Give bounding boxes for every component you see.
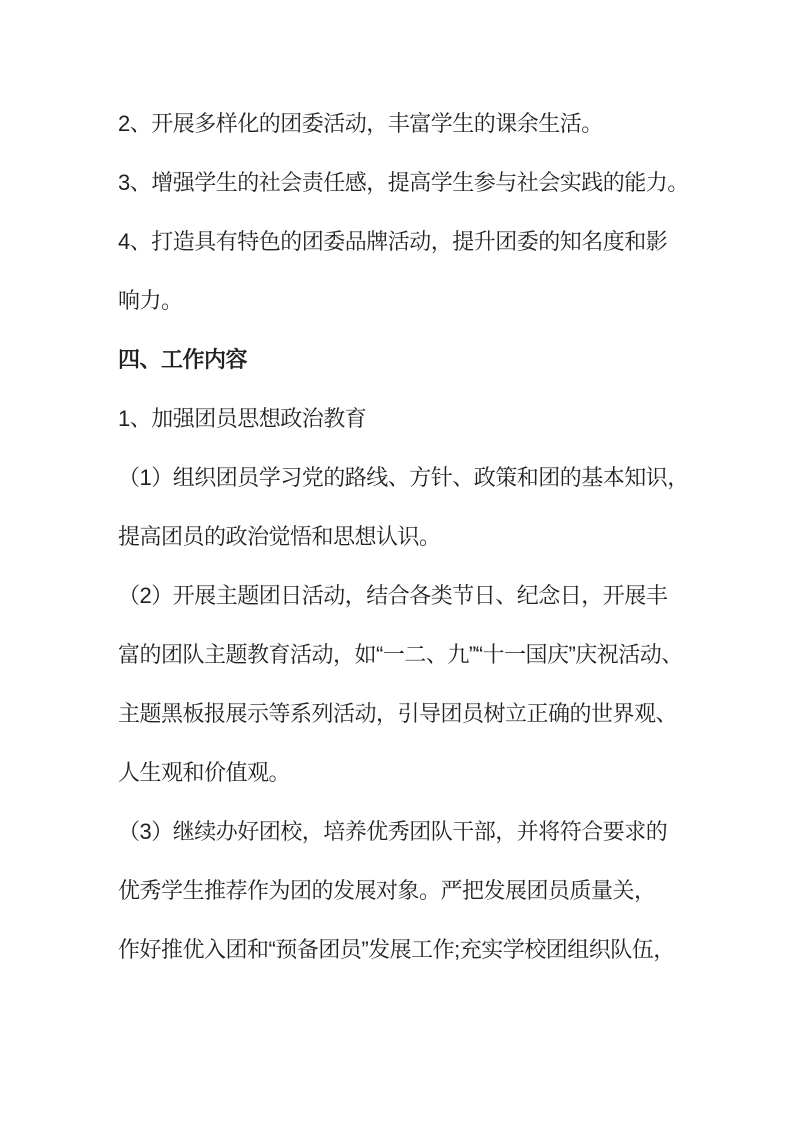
text-line: 1、加强团员思想政治教育: [118, 389, 713, 448]
text-line: 4、打造具有特色的团委品牌活动，提升团委的知名度和影: [118, 212, 713, 271]
text-line: 2、开展多样化的团委活动，丰富学生的课余生活。: [118, 94, 713, 153]
paragraph: 1、加强团员思想政治教育: [118, 389, 713, 448]
paragraph: 3、增强学生的社会责任感，提高学生参与社会实践的能力。: [118, 153, 713, 212]
paragraph: 2、开展多样化的团委活动，丰富学生的课余生活。: [118, 94, 713, 153]
text-line: 3、增强学生的社会责任感，提高学生参与社会实践的能力。: [118, 153, 713, 212]
text-line: 人生观和价值观。: [118, 743, 713, 802]
section-heading: 四、工作内容: [118, 330, 713, 389]
paragraph: （3）继续办好团校，培养优秀团队干部，并将符合要求的优秀学生推荐作为团的发展对象…: [118, 802, 713, 979]
text-line: 作好推优入团和“预备团员”发展工作;充实学校团组织队伍，: [118, 920, 713, 979]
text-line: 四、工作内容: [118, 330, 713, 389]
paragraph: （1）组织团员学习党的路线、方针、政策和团的基本知识，提高团员的政治觉悟和思想认…: [118, 448, 713, 566]
document-content: 2、开展多样化的团委活动，丰富学生的课余生活。3、增强学生的社会责任感，提高学生…: [118, 94, 713, 979]
text-line: （3）继续办好团校，培养优秀团队干部，并将符合要求的: [118, 802, 713, 861]
text-line: 主题黑板报展示等系列活动，引导团员树立正确的世界观、: [118, 684, 713, 743]
text-line: 提高团员的政治觉悟和思想认识。: [118, 507, 713, 566]
text-line: 富的团队主题教育活动，如“一二、九”“十一国庆”庆祝活动、: [118, 625, 713, 684]
paragraph: 4、打造具有特色的团委品牌活动，提升团委的知名度和影响力。: [118, 212, 713, 330]
text-line: 优秀学生推荐作为团的发展对象。严把发展团员质量关，: [118, 861, 713, 920]
paragraph: （2）开展主题团日活动，结合各类节日、纪念日，开展丰富的团队主题教育活动，如“一…: [118, 566, 713, 802]
text-line: （1）组织团员学习党的路线、方针、政策和团的基本知识，: [118, 448, 713, 507]
text-line: （2）开展主题团日活动，结合各类节日、纪念日，开展丰: [118, 566, 713, 625]
text-line: 响力。: [118, 271, 713, 330]
document-page: 2、开展多样化的团委活动，丰富学生的课余生活。3、增强学生的社会责任感，提高学生…: [0, 0, 793, 1122]
